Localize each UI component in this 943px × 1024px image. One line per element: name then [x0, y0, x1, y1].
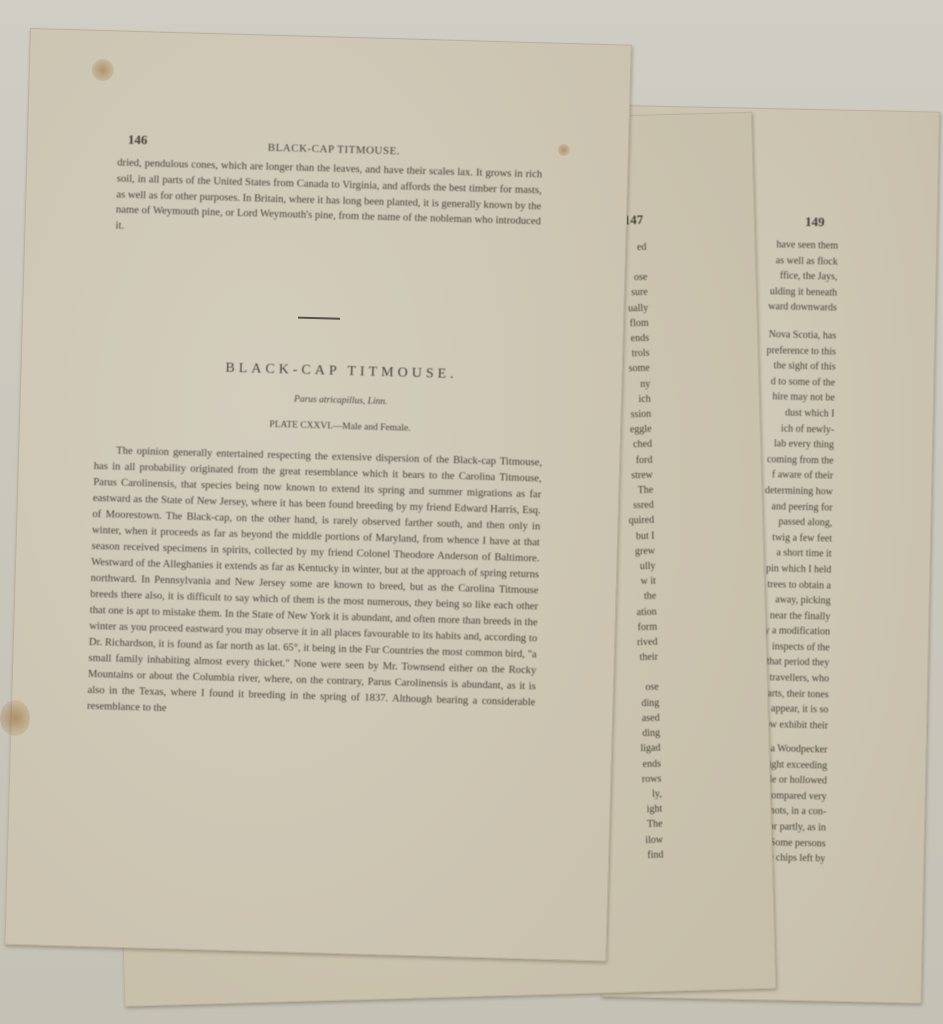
text-line: rows	[605, 771, 661, 788]
text-line: ends	[605, 756, 661, 773]
running-head: BLACK-CAP TITMOUSE.	[268, 142, 401, 158]
previous-article-text: dried, pendulous cones, which are longer…	[115, 155, 542, 246]
article-body: The opinion generally entertained respec…	[87, 443, 542, 727]
text-line: ight	[606, 802, 662, 819]
section-divider	[298, 317, 340, 320]
article-title: BLACK-CAP TITMOUSE.	[171, 359, 511, 384]
text-line: find	[607, 847, 663, 864]
plate-caption: PLATE CXXVI.—Male and Female.	[170, 417, 510, 436]
body-paragraph: The opinion generally entertained respec…	[87, 443, 542, 727]
foxing-stain	[0, 700, 30, 736]
text-line: The	[606, 817, 662, 834]
page-146: 146 BLACK-CAP TITMOUSE. dried, pendulous…	[4, 28, 631, 961]
page-number: 146	[128, 132, 148, 149]
foxing-stain	[558, 144, 570, 156]
page-number: 149	[805, 214, 825, 230]
foxing-stain	[92, 59, 115, 82]
latin-name: Parus atricapillus, Linn.	[171, 391, 511, 410]
text-line: ligad	[604, 741, 660, 758]
text-line: ilow	[607, 832, 663, 849]
text-line: ly,	[606, 786, 662, 803]
